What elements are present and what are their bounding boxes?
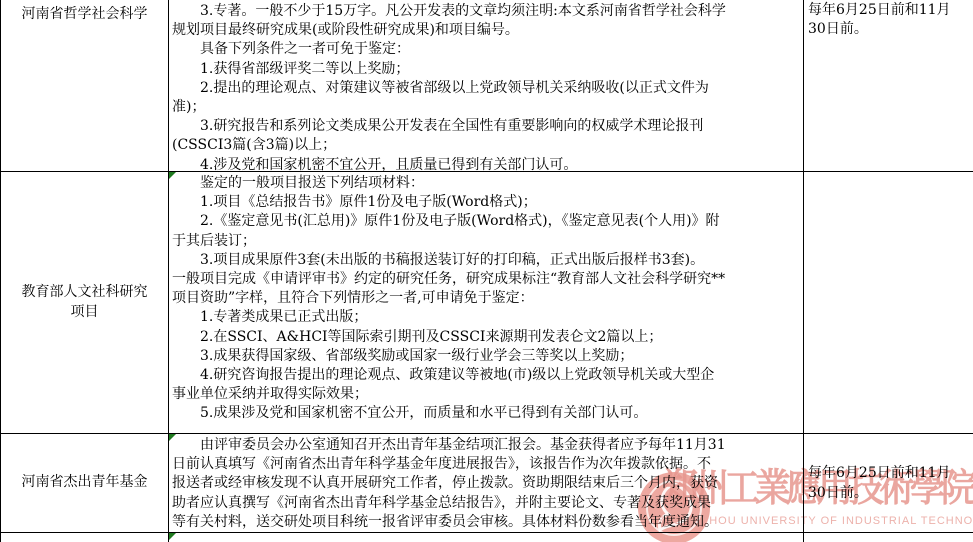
deadline-text: 每年6月25日前和11月 30日前。	[808, 464, 951, 502]
cell-error-indicator-icon	[169, 172, 176, 179]
table-row-henan-youth-fund: 河南省杰出青年基金 由评审委员会办公室通知召开杰出青年基金结项汇报会。基金获得者…	[1, 434, 973, 533]
details-text: 3.专著。一般不少于15万字。凡公开发表的文章均须注明:本文系河南省哲学社会科学…	[172, 2, 800, 171]
details-cell[interactable]	[169, 533, 804, 542]
project-name-cell[interactable]: 教育部人文社科研究 项目	[1, 172, 169, 433]
project-name-cell[interactable]	[1, 533, 169, 542]
document-page: 郑州工業應用技術學院 ZHENGZHOU UNIVERSITY OF INDUS…	[0, 0, 973, 542]
project-name-label: 教育部人文社科研究 项目	[22, 283, 148, 321]
deadline-cell[interactable]	[804, 533, 973, 542]
project-name-cell[interactable]: 河南省杰出青年基金	[1, 434, 169, 532]
project-name-label: 河南省哲学社会科学	[22, 5, 148, 24]
project-name-cell[interactable]: 河南省哲学社会科学	[1, 0, 169, 171]
details-cell[interactable]: 由评审委员会办公室通知召开杰出青年基金结项汇报会。基金获得者应予每年11月31 …	[169, 434, 804, 532]
deadline-text: 每年6月25日前和11月 30日前。	[808, 1, 971, 39]
results-table: 河南省哲学社会科学 3.专著。一般不少于15万字。凡公开发表的文章均须注明:本文…	[0, 0, 973, 542]
table-row-moe-humanities: 教育部人文社科研究 项目 鉴定的一般项目报送下列结项材料： 1.项目《总结报告书…	[1, 172, 973, 434]
details-cell[interactable]: 鉴定的一般项目报送下列结项材料： 1.项目《总结报告书》原件1份及电子版(Wor…	[169, 172, 804, 433]
deadline-cell[interactable]: 每年6月25日前和11月 30日前。	[804, 0, 973, 171]
details-cell[interactable]: 3.专著。一般不少于15万字。凡公开发表的文章均须注明:本文系河南省哲学社会科学…	[169, 0, 804, 171]
cell-error-indicator-icon	[169, 434, 176, 441]
details-text: 由评审委员会办公室通知召开杰出青年基金结项汇报会。基金获得者应予每年11月31 …	[172, 436, 800, 532]
deadline-cell[interactable]	[804, 172, 973, 433]
details-text: 鉴定的一般项目报送下列结项材料： 1.项目《总结报告书》原件1份及电子版(Wor…	[172, 174, 800, 424]
table-row-henan-philosophy: 河南省哲学社会科学 3.专著。一般不少于15万字。凡公开发表的文章均须注明:本文…	[1, 0, 973, 172]
deadline-cell[interactable]: 每年6月25日前和11月 30日前。	[804, 434, 973, 532]
project-name-label: 河南省杰出青年基金	[22, 473, 148, 492]
table-row-partial	[1, 533, 973, 542]
cell-error-indicator-icon	[169, 533, 176, 540]
